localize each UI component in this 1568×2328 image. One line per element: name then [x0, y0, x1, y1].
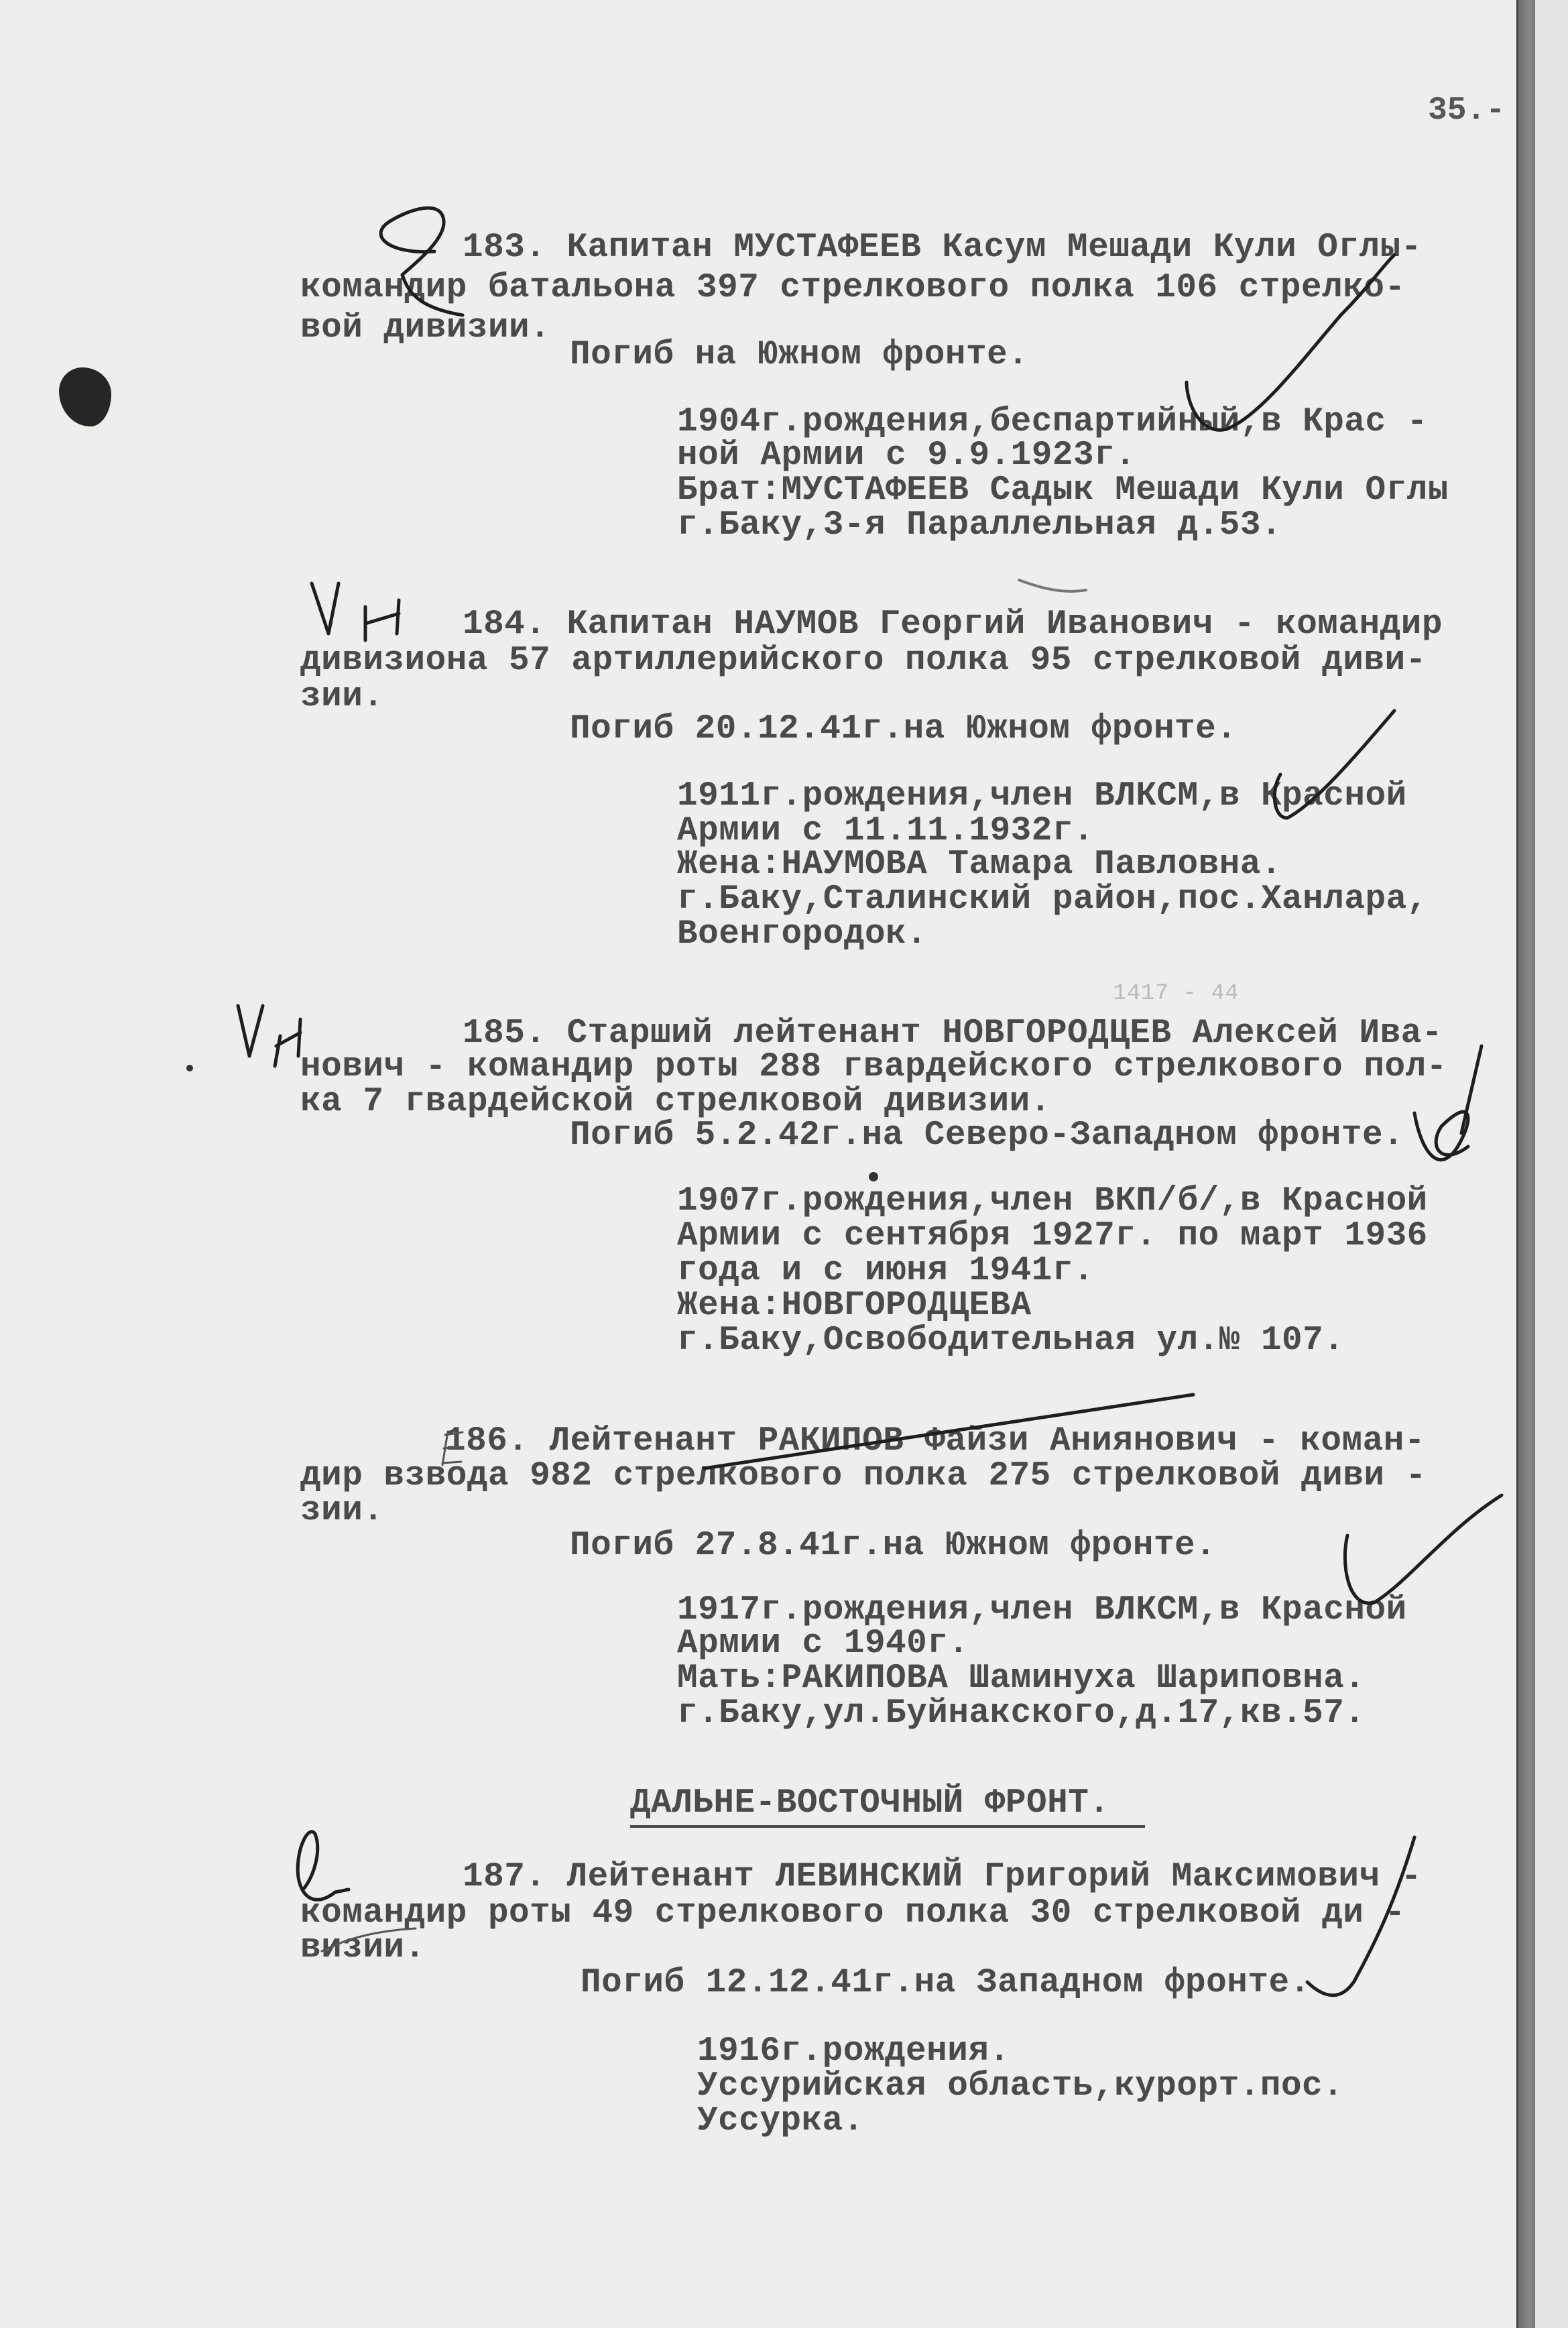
- detail-line: Уссурийская область,курорт.пос.: [697, 2067, 1343, 2107]
- speck: [869, 1172, 878, 1181]
- detail-line: 1911г.рождения,член ВЛКСМ,в Красной: [677, 776, 1407, 817]
- entry-heading-line: дивизиона 57 артиллерийского полка 95 ст…: [300, 641, 1427, 681]
- detail-line: 1907г.рождения,член ВКП/б/,в Красной: [677, 1181, 1428, 1222]
- entry-heading-line: 183. Капитан МУСТАФЕЕВ Касум Мешади Кули…: [463, 228, 1422, 268]
- entry-heading-line: командир роты 49 стрелкового полка 30 ст…: [300, 1894, 1406, 1934]
- entry-heading-line: дир взвода 982 стрелкового полка 275 стр…: [300, 1456, 1427, 1497]
- detail-line: Армии с 1940г.: [677, 1624, 969, 1664]
- detail-line: Мать:РАКИПОВА Шаминуха Шариповна.: [677, 1659, 1365, 1699]
- entry-heading-line: нович - командир роты 288 гвардейского с…: [300, 1047, 1447, 1088]
- section-heading-underline: [630, 1825, 1145, 1828]
- entry-heading-line: 187. Лейтенант ЛЕВИНСКИЙ Григорий Максим…: [463, 1857, 1422, 1898]
- death-line: Погиб 20.12.41г.на Южном фронте.: [570, 709, 1237, 750]
- detail-line: г.Баку,ул.Буйнакского,д.17,кв.57.: [677, 1694, 1365, 1734]
- detail-line: Брат:МУСТАФЕЕВ Садык Мешади Кули Оглы: [677, 471, 1449, 511]
- section-heading: ДАЛЬНЕ-ВОСТОЧНЫЙ ФРОНТ.: [630, 1784, 1109, 1824]
- detail-line: Военгородок.: [677, 915, 927, 955]
- entry-heading-line: зии.: [300, 677, 383, 717]
- entry-heading-line: 184. Капитан НАУМОВ Георгий Иванович - к…: [463, 605, 1443, 645]
- death-line: Погиб 5.2.42г.на Северо-Западном фронте.: [570, 1116, 1404, 1156]
- entry-heading-line: командир батальона 397 стрелкового полка…: [300, 268, 1406, 308]
- page-number: 35.-: [1428, 93, 1505, 129]
- entry-heading-line: 186. Лейтенант РАКИПОВ Файзи Аниянович -…: [445, 1421, 1425, 1462]
- detail-line: 1916г.рождения.: [697, 2032, 1010, 2072]
- underlying-page-strip: [1535, 0, 1568, 2328]
- detail-line: г.Баку,Сталинский район,пос.Ханлара,: [677, 880, 1428, 920]
- detail-line: Жена:НАУМОВА Тамара Павловна.: [677, 845, 1282, 885]
- entry-heading-line: визии.: [300, 1928, 426, 1969]
- death-line: Погиб на Южном фронте.: [570, 335, 1028, 375]
- detail-line: года и с июня 1941г.: [677, 1251, 1094, 1291]
- death-line: Погиб 27.8.41г.на Южном фронте.: [570, 1526, 1216, 1566]
- page-binding-edge: [1516, 0, 1535, 2328]
- detail-line: г.Баку,Освободительная ул.№ 107.: [677, 1321, 1344, 1361]
- death-line: Погиб 12.12.41г.на Западном фронте.: [581, 1963, 1311, 2003]
- entry-heading-line: зии.: [300, 1491, 383, 1531]
- speck: [186, 1065, 193, 1071]
- detail-line: Уссурка.: [697, 2101, 864, 2142]
- detail-line: Армии с сентября 1927г. по март 1936: [677, 1216, 1428, 1257]
- detail-line: Жена:НОВГОРОДЦЕВА: [677, 1286, 1032, 1326]
- faint-margin-note: 1417 - 44: [1113, 974, 1239, 1014]
- detail-line: ной Армии с 9.9.1923г.: [677, 436, 1136, 476]
- entry-heading-line: вой дивизии.: [300, 308, 550, 349]
- detail-line: г.Баку,3-я Параллельная д.53.: [677, 506, 1282, 546]
